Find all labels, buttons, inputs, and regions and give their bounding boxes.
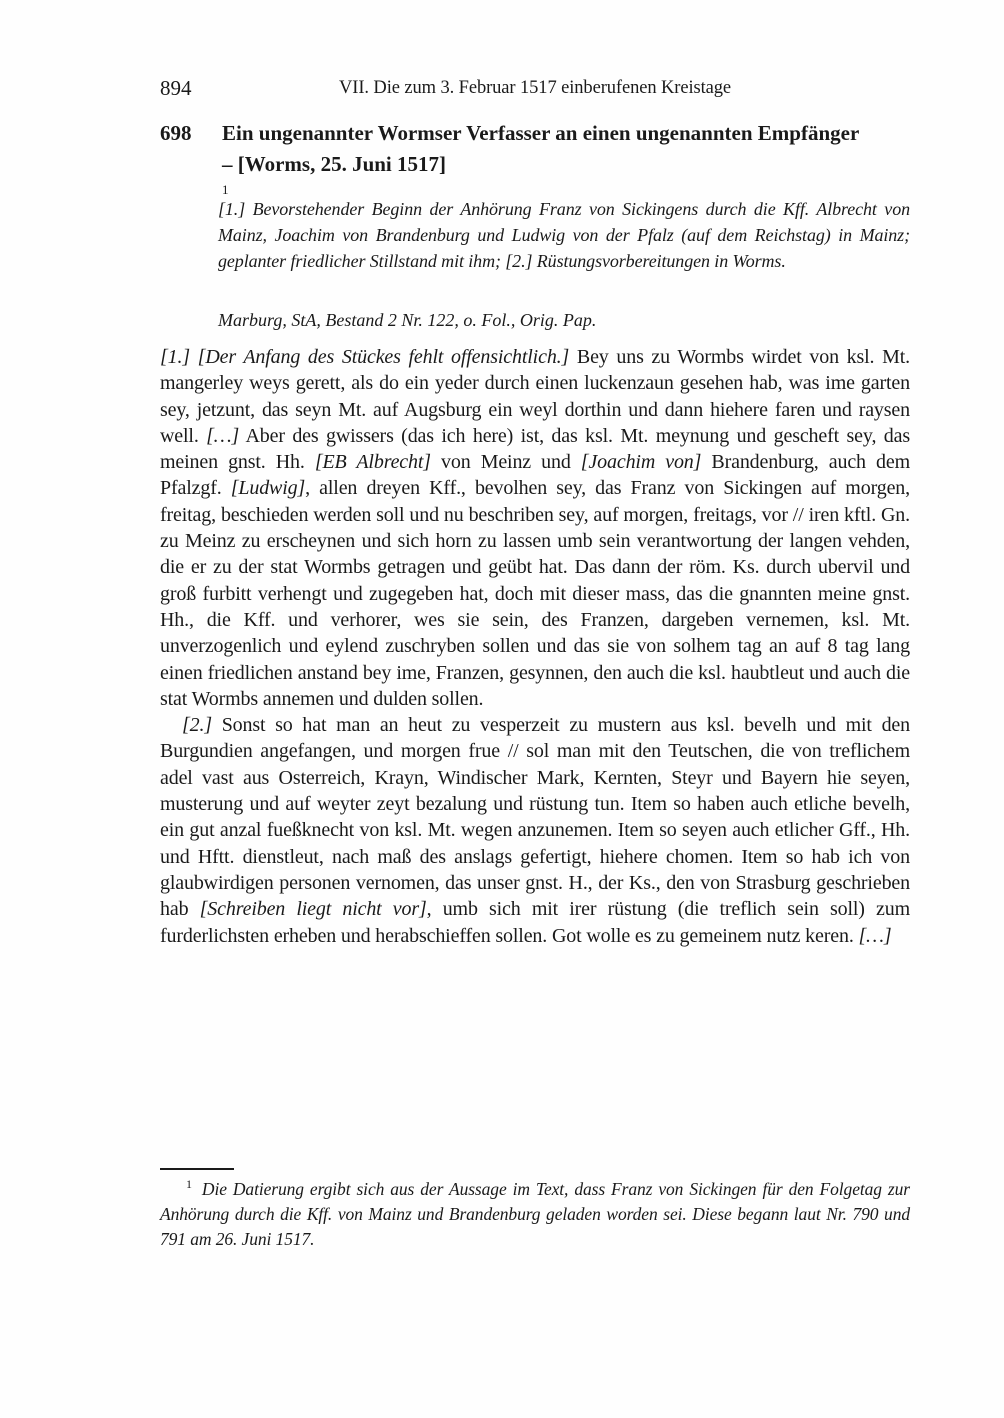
footnote-block: 1Die Datierung ergibt sich aus der Aussa… xyxy=(160,1168,910,1252)
text-run: von Meinz und xyxy=(431,451,581,473)
paragraph-2: [2.] Sonst so hat man an heut zu vesperz… xyxy=(160,712,910,949)
paragraph-1: [1.] [Der Anfang des Stückes fehlt offen… xyxy=(160,344,910,712)
document-body: [1.] [Der Anfang des Stückes fehlt offen… xyxy=(160,344,910,949)
editorial-note: [Ludwig] xyxy=(231,477,305,499)
ellipsis-note: […] xyxy=(859,925,892,947)
running-head: 894 VII. Die zum 3. Februar 1517 einberu… xyxy=(160,76,910,102)
ellipsis-note: […] xyxy=(206,425,239,447)
footnote-reference: 1 xyxy=(222,182,229,197)
entry-number: 698 xyxy=(160,118,222,211)
section-marker: [2.] xyxy=(182,714,212,736)
footnote-marker: 1 xyxy=(186,1177,192,1191)
running-title: VII. Die zum 3. Februar 1517 einberufene… xyxy=(160,76,910,100)
book-page: 894 VII. Die zum 3. Februar 1517 einberu… xyxy=(0,0,1004,1418)
editorial-note: [Joachim von] xyxy=(581,451,702,473)
page-number: 894 xyxy=(160,76,192,100)
regest-summary: [1.] Bevorstehender Beginn der Anhörung … xyxy=(218,196,910,274)
editorial-note: [Schreiben liegt nicht vor] xyxy=(200,898,427,920)
footnote-text: Die Datierung ergibt sich aus der Aussag… xyxy=(160,1179,910,1249)
text-run: , allen dreyen Kff., bevolhen sey, das F… xyxy=(160,477,910,709)
editorial-note: [1.] [Der Anfang des Stückes fehlt offen… xyxy=(160,346,569,368)
footnote-1: 1Die Datierung ergibt sich aus der Aussa… xyxy=(160,1177,910,1252)
entry-title-line-1: Ein ungenannter Wormser Verfasser an ein… xyxy=(222,118,859,149)
archival-source: Marburg, StA, Bestand 2 Nr. 122, o. Fol.… xyxy=(218,308,910,332)
text-run: Sonst so hat man an heut zu vesperzeit z… xyxy=(160,714,910,920)
editorial-note: [EB Albrecht] xyxy=(315,451,431,473)
footnote-separator-rule xyxy=(160,1168,234,1170)
